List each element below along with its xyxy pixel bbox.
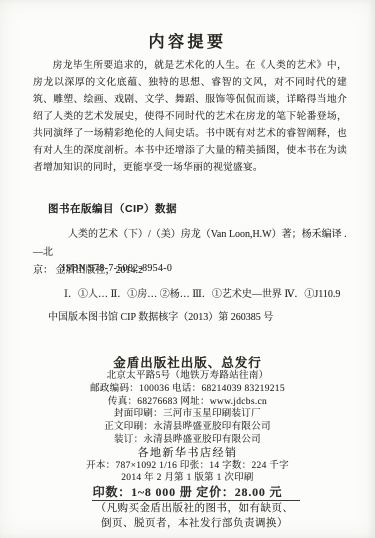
exchange-notice-line1: （凡购买金盾出版社的图书，如有缺页、 [14, 502, 375, 517]
cip-entry-line1: 人类的艺术（下）/（美）房龙（Van Loon,H.W）著；杨禾编译 .—北 [33, 226, 355, 262]
publisher-address: 北京太平路5号（地铁万寿路站往南） [0, 370, 375, 383]
page-title: 内容提要 [0, 29, 375, 52]
cip-record-number: 中国版本图书馆 CIP 数据核字（2013）第 260385 号 [48, 308, 273, 323]
summary-paragraph: 房龙毕生所要追求的，就是艺术化的人生。在《人类的艺术》中，房龙以深厚的文化底蕴、… [33, 57, 347, 176]
divider-rule [92, 500, 300, 501]
isbn-line: ISBN 978-7-5082-8954-0 [62, 263, 172, 274]
print-run-price-line: 印数：1~8 000 册 定价：28.00 元 [0, 485, 375, 499]
fax-website-line: 传真：68276683 网址：www.jdcbs.cn [0, 396, 375, 409]
publisher-name-line: 金盾出版社出版、总发行 [0, 356, 375, 370]
edition-line: 2014 年 2 月第 1 版第 1 次印刷 [0, 472, 375, 485]
binding-line: 装订：永清县晔盛亚胶印有限公司 [0, 434, 375, 447]
postal-phone-line: 邮政编码：100036 电话：68214039 83219215 [0, 383, 375, 396]
text-printer-line: 正文印刷：永清县晔盛亚胶印有限公司 [0, 421, 375, 434]
book-copyright-page: 内容提要 房龙毕生所要追求的，就是艺术化的人生。在《人类的艺术》中，房龙以深厚的… [0, 0, 375, 538]
cip-classification-line: Ⅰ．①人… Ⅱ．①房… ②杨… Ⅲ．①艺术史—世界 Ⅳ．①J110.9 [64, 285, 340, 300]
cover-printer-line: 封面印刷：三河市玉星印刷装订厂 [0, 408, 375, 421]
cip-heading: 图书在版编目（CIP）数据 [48, 201, 177, 216]
format-line: 开本：787×1092 1/16 印张：14 字数：224 千字 [0, 460, 375, 473]
publisher-imprint-block: 金盾出版社出版、总发行 北京太平路5号（地铁万寿路站往南） 邮政编码：10003… [0, 356, 375, 499]
exchange-notice-line2: 倒页、脱页者，本社发行部负责调换） [14, 517, 375, 532]
distribution-line: 各地新华书店经销 [0, 447, 375, 460]
exchange-notice: （凡购买金盾出版社的图书，如有缺页、 倒页、脱页者，本社发行部负责调换） [0, 502, 375, 531]
